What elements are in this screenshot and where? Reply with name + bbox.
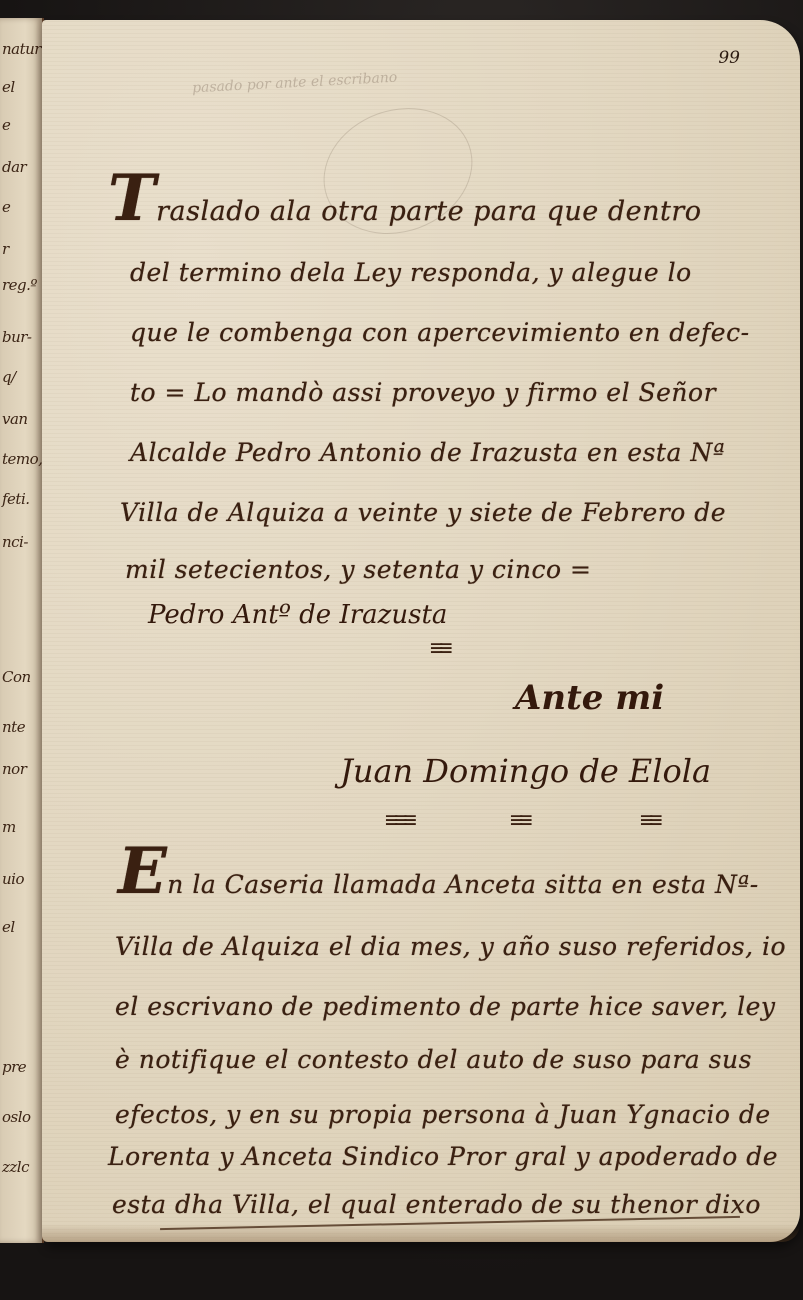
paragraph-2-line-1: En la Caseria llamada Anceta sitta en es… — [118, 870, 759, 899]
margin-fragment: e — [2, 116, 10, 134]
rubric-flourish: ≡≡≡ — [385, 808, 413, 833]
margin-fragment: m — [2, 818, 16, 836]
facing-page-fragment: natur el e dar e r reg.º bur- q/ van tem… — [0, 18, 44, 1243]
margin-fragment: natur — [2, 40, 41, 58]
margin-fragment: q/ — [2, 368, 16, 386]
margin-fragment: el — [2, 78, 15, 96]
margin-fragment: oslo — [2, 1108, 31, 1126]
paragraph-1-line-1: Traslado ala otra parte para que dentro — [108, 196, 702, 227]
paragraph-2-line-5: efectos, y en su propia persona à Juan Y… — [115, 1100, 771, 1129]
paragraph-1-line-2: del termino dela Ley responda, y alegue … — [130, 258, 692, 287]
margin-fragment: Con — [2, 668, 31, 686]
paragraph-1-line-3: que le combenga con apercevimiento en de… — [130, 318, 750, 347]
paragraph-1-line-6: Villa de Alquiza a veinte y siete de Feb… — [120, 498, 726, 527]
margin-fragment: nor — [2, 760, 26, 778]
paragraph-2-line-7: esta dha Villa, el qual enterado de su t… — [112, 1190, 761, 1219]
signature-alcalde: Pedro Antº de Irazusta — [148, 600, 447, 630]
margin-fragment: nci- — [2, 533, 28, 551]
margin-fragment: reg.º — [2, 276, 37, 294]
paragraph-2-line-4: è notifique el contesto del auto de suso… — [115, 1045, 752, 1074]
margin-fragment: van — [2, 410, 28, 428]
rubric-flourish: ≡≡ — [510, 808, 529, 833]
margin-fragment: pre — [2, 1058, 26, 1076]
margin-fragment: bur- — [2, 328, 32, 346]
paragraph-1-line-7: mil setecientos, y setenta y cinco = — [125, 555, 591, 584]
rubric-flourish: ≡≡ — [640, 808, 659, 833]
margin-fragment: dar — [2, 158, 26, 176]
folio-number: 99 — [718, 48, 740, 68]
signature-escribano: Juan Domingo de Elola — [340, 752, 711, 790]
margin-fragment: nte — [2, 718, 25, 736]
margin-fragment: el — [2, 918, 15, 936]
paragraph-1-line-5: Alcalde Pedro Antonio de Irazusta en est… — [130, 438, 725, 467]
bleed-through-flourish — [306, 88, 491, 255]
signature-ante-mi: Ante mi — [515, 678, 664, 718]
rubric-flourish: ≡≡ — [430, 636, 449, 661]
margin-fragment: e — [2, 198, 10, 216]
margin-fragment: zzlc — [2, 1158, 29, 1176]
paragraph-2-line-3: el escrivano de pedimento de parte hice … — [115, 992, 776, 1021]
paragraph-1-line-4: to = Lo mandò assi proveyo y firmo el Se… — [130, 378, 716, 407]
bleed-through-text: pasado por ante el escribano — [192, 70, 398, 97]
paragraph-2-line-6: Lorenta y Anceta Sindico Pror gral y apo… — [108, 1142, 778, 1171]
paragraph-2-line-2: Villa de Alquiza el dia mes, y año suso … — [115, 932, 786, 961]
page-edge-stain — [42, 1224, 800, 1242]
margin-fragment: temo, — [2, 450, 42, 468]
margin-fragment: r — [2, 240, 9, 258]
margin-fragment: feti. — [2, 490, 30, 508]
margin-fragment: uio — [2, 870, 24, 888]
